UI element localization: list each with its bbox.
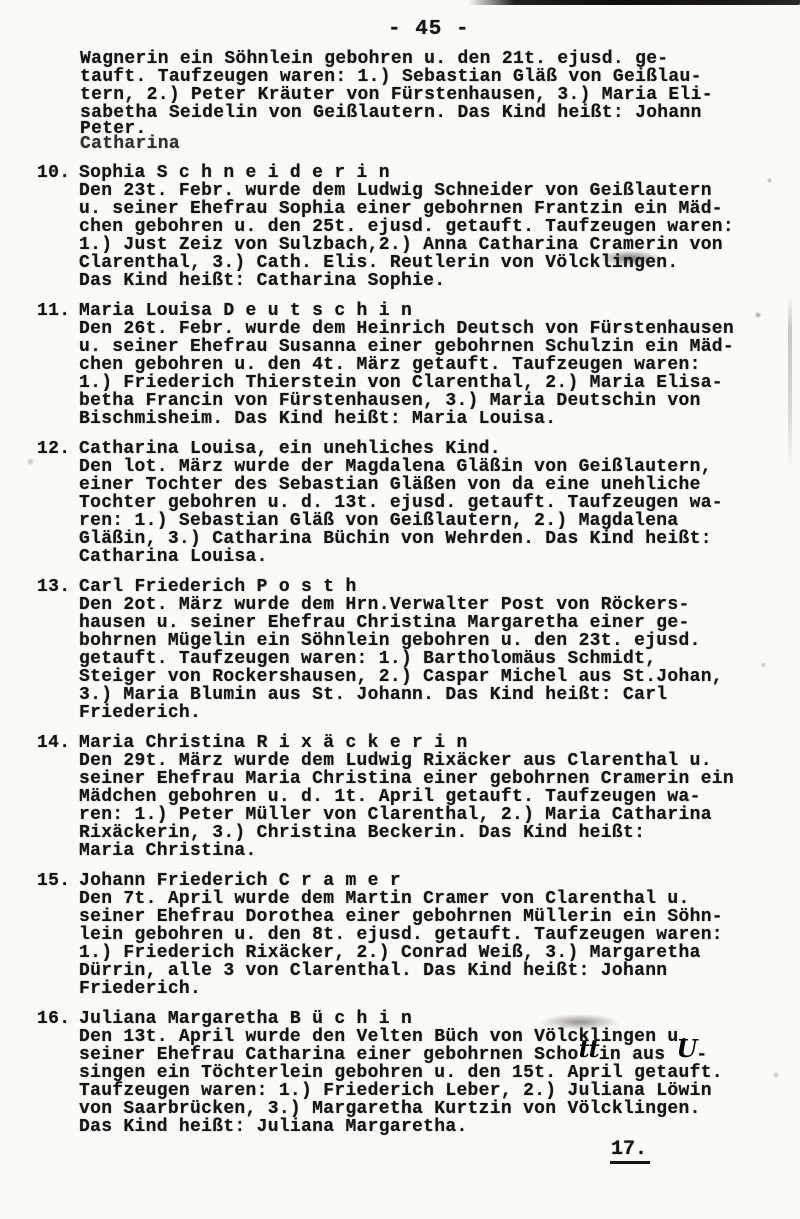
text-line: u. seiner Ehefrau Susanna einer gebohrne… [79,338,800,356]
text-line: lein gebohren u. den 8t. ejusd. getauft.… [79,926,800,944]
entry-heading: Catharina Louisa, ein unehliches Kind. [79,440,800,458]
text-line: Friederich. [79,704,800,722]
entry-body: Carl Friederich P o s t hDen 2ot. März w… [79,578,800,722]
text-line: Den 7t. April wurde dem Martin Cramer vo… [79,890,800,908]
entry-heading: Carl Friederich P o s t h [79,578,800,596]
entry-number: 15. [37,872,79,998]
text-line: 1.) Friederich Thierstein von Clarenthal… [79,374,800,392]
page-footer-number: 17. [610,1138,650,1164]
text-line: Peter. [80,122,800,137]
text-line: Taufzeugen waren: 1.) Friederich Leber, … [79,1082,800,1100]
text-line: einer Tochter des Sebastian Gläßen von d… [79,476,800,494]
intro-block: Wagnerin ein Söhnlein gebohren u. den 21… [80,50,800,152]
text-line: Dürrin, alle 3 von Clarenthal. Das Kind … [79,962,800,980]
entry-heading: Maria Christina R i x ä c k e r i n [79,734,800,752]
entry-number: 12. [37,440,79,566]
entry-11: 11.Maria Louisa D e u t s c h i nDen 26t… [0,302,800,428]
text-line: chen gebohren u. den 25t. ejusd. getauft… [79,218,800,236]
entry-15: 15.Johann Friederich C r a m e rDen 7t. … [0,872,800,998]
text-line: 1.) Friederich Rixäcker, 2.) Conrad Weiß… [79,944,800,962]
text-line: Den 29t. März wurde dem Ludwig Rixäcker … [79,752,800,770]
typed-text: seiner Ehefrau Catharina einer gebohrnen… [79,1045,579,1065]
entry-body: Juliana Margaretha B ü c h i nDen 13t. A… [79,1010,800,1136]
text-line: Catharina Louisa. [79,548,800,566]
text-line: Rixäckerin, 3.) Christina Beckerin. Das … [79,824,800,842]
entry-heading: Sophia S c h n e i d e r i n [79,164,800,182]
text-line: Das Kind heißt: Catharina Sophie. [79,272,800,290]
page-content: Wagnerin ein Söhnlein gebohren u. den 21… [0,50,800,1136]
text-line: ren: 1.) Sebastian Gläß von Geißlautern,… [79,512,800,530]
text-line: Mädchen gebohren u. d. 1t. April getauft… [79,788,800,806]
entry-13: 13.Carl Friederich P o s t hDen 2ot. Mär… [0,578,800,722]
text-line: Friederich. [79,980,800,998]
entry-number: 11. [37,302,79,428]
text-line: chen gebohren u. den 4t. März getauft. T… [79,356,800,374]
text-line: getauft. Taufzeugen waren: 1.) Bartholom… [79,650,800,668]
text-line: Steiger von Rockershausen, 2.) Caspar Mi… [79,668,800,686]
entry-heading: Maria Louisa D e u t s c h i n [79,302,800,320]
text-line: seiner Ehefrau Dorothea einer gebohrnen … [79,908,800,926]
text-line: Maria Christina. [79,842,800,860]
text-line: Den 2ot. März wurde dem Hrn.Verwalter Po… [79,596,800,614]
text-line: Den 23t. Febr. wurde dem Ludwig Schneide… [79,182,800,200]
entry-heading: Juliana Margaretha B ü c h i n [79,1010,800,1028]
page-header-number: - 45 - [388,18,470,41]
text-line: Clarenthal, 3.) Cath. Elis. Reutlerin vo… [79,254,800,272]
entry-body: Johann Friederich C r a m e rDen 7t. Apr… [79,872,800,998]
handwritten-correction: tt [579,1034,599,1063]
text-line: Gläßin, 3.) Catharina Büchin von Wehrden… [79,530,800,548]
text-line: Den lot. März wurde der Magdalena Gläßin… [79,458,800,476]
text-line: Tochter gebohren u. d. 13t. ejusd. getau… [79,494,800,512]
text-line: seiner Ehefrau Maria Christina einer geb… [79,770,800,788]
entry-body: Sophia S c h n e i d e r i nDen 23t. Feb… [79,164,800,290]
entry-number: 16. [37,1010,79,1136]
text-line: singen ein Töchterlein gebohren u. den 1… [79,1064,800,1082]
text-line: u. seiner Ehefrau Sophia einer gebohrnen… [79,200,800,218]
entry-10: 10.Sophia S c h n e i d e r i nDen 23t. … [0,164,800,290]
typed-text: - [696,1045,707,1065]
text-line: 3.) Maria Blumin aus St. Johann. Das Kin… [79,686,800,704]
document-page: - 45 - Wagnerin ein Söhnlein gebohren u.… [0,0,800,1219]
entry-body: Catharina Louisa, ein unehliches Kind.De… [79,440,800,566]
entry-heading: Johann Friederich C r a m e r [79,872,800,890]
text-line: seiner Ehefrau Catharina einer gebohrnen… [79,1046,800,1064]
typed-text: in aus [599,1045,677,1065]
text-line: Das Kind heißt: Juliana Margaretha. [79,1118,800,1136]
text-line: 1.) Just Zeiz von Sulzbach,2.) Anna Cath… [79,236,800,254]
text-line: von Saarbrücken, 3.) Margaretha Kurtzin … [79,1100,800,1118]
text-line: Wagnerin ein Söhnlein gebohren u. den 21… [80,50,800,68]
entry-body: Maria Christina R i x ä c k e r i nDen 2… [79,734,800,860]
scan-artifact-bar [468,0,800,5]
entry-number: 10. [37,164,79,290]
entry-12: 12.Catharina Louisa, ein unehliches Kind… [0,440,800,566]
entry-number: 14. [37,734,79,860]
text-line: hausen u. seiner Ehefrau Christina Marga… [79,614,800,632]
entry-14: 14.Maria Christina R i x ä c k e r i nDe… [0,734,800,860]
text-line: sabetha Seidelin von Geißlautern. Das Ki… [80,104,800,122]
text-line: bohrnen Mügelin ein Söhnlein gebohren u.… [79,632,800,650]
text-line: tauft. Taufzeugen waren: 1.) Sebastian G… [80,68,800,86]
text-line: tern, 2.) Peter Kräuter von Fürstenhause… [80,86,800,104]
text-line: Bischmisheim. Das Kind heißt: Maria Loui… [79,410,800,428]
text-line: Catharina [80,137,800,152]
text-line: ren: 1.) Peter Müller von Clarenthal, 2.… [79,806,800,824]
entry-16: 16.Juliana Margaretha B ü c h i nDen 13t… [0,1010,800,1136]
entry-body: Maria Louisa D e u t s c h i nDen 26t. F… [79,302,800,428]
text-line: Den 26t. Febr. wurde dem Heinrich Deutsc… [79,320,800,338]
handwritten-correction: U [676,1034,696,1063]
entries: 10.Sophia S c h n e i d e r i nDen 23t. … [0,164,800,1136]
entry-number: 13. [37,578,79,722]
text-line: betha Francin von Fürstenhausen, 3.) Mar… [79,392,800,410]
